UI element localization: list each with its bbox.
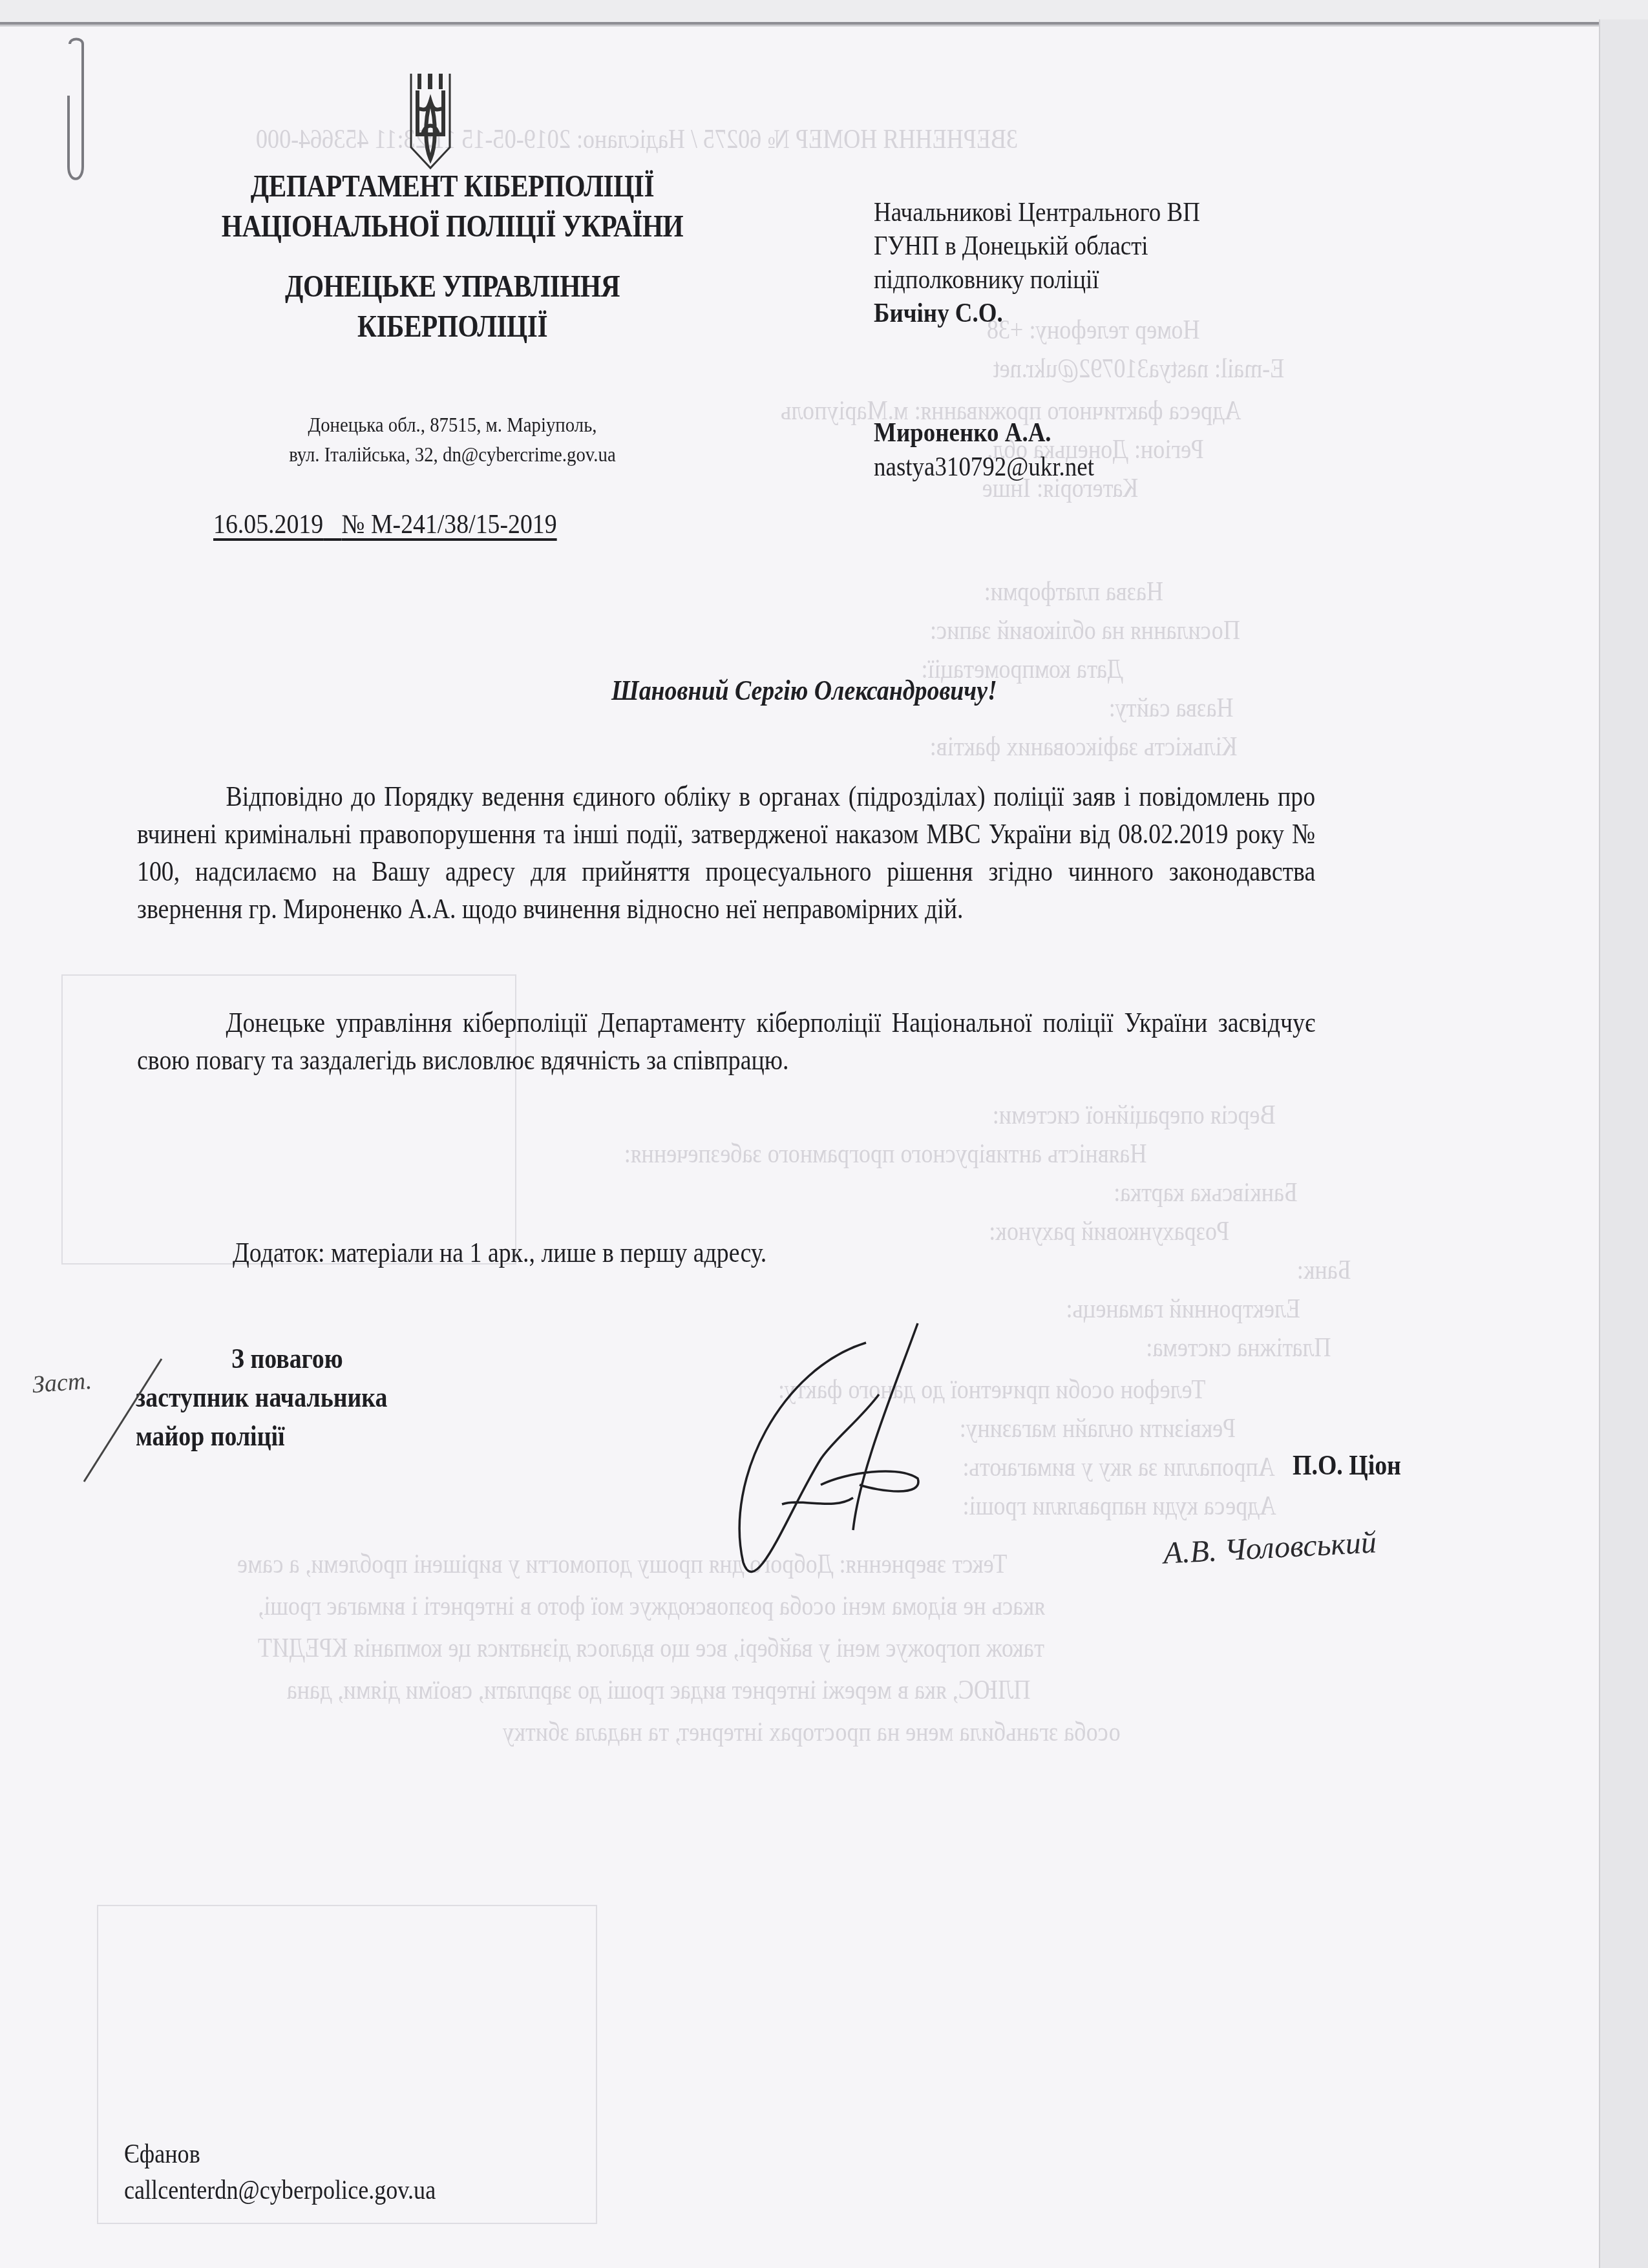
handwritten-signature: А.В. Чоловський (1163, 1524, 1377, 1571)
body-paragraph-1: Відповідно до Порядку ведення єдиного об… (137, 778, 1315, 928)
unit-name-line2: КІБЕРПОЛІЦІЇ (147, 307, 758, 347)
recipient-line1: Начальникові Центрального ВП (874, 196, 1200, 229)
attachment-note: Додаток: матеріали на 1 арк., лише в пер… (233, 1236, 766, 1269)
body-paragraph-2: Донецьке управління кіберполіції Департа… (137, 1004, 1315, 1079)
address-line1: Донецька обл., 87515, м. Маріуполь, (191, 410, 714, 439)
bleed-through-line: Наявність антивірусного програмного забе… (624, 1136, 1147, 1172)
paper-clip-icon (65, 37, 88, 186)
recipient-line2: ГУНП в Донецькій області (874, 230, 1148, 262)
bleed-through-line: E-mail: nastya310792@ukr.net (993, 351, 1285, 387)
executor-email: callcenterdn@cyberpolice.gov.ua (124, 2172, 436, 2209)
bleed-through-line: Розрахунковий рахунок: (989, 1213, 1229, 1250)
address-line2: вул. Італійська, 32, dn@cybercrime.gov.u… (191, 439, 714, 469)
letter-date: 16.05.2019 (213, 510, 323, 540)
handwritten-slash-icon (78, 1356, 181, 1485)
copy-to-name: Мироненко А.А. (874, 417, 1051, 449)
bleed-through-line: також погрожує мені у вайбері, все що вд… (258, 1630, 1044, 1666)
bleed-through-line: Платіжна система: (1146, 1330, 1331, 1366)
bleed-through-line: ПЛЮС, яка в мережі інтернет видає гроші … (287, 1672, 1031, 1708)
bleed-through-line: Посилання на обліковий запис: (930, 613, 1240, 649)
signatory-name: П.О. Ціон (1293, 1446, 1401, 1485)
salutation: Шановний Сергію Олександровичу! (117, 674, 1492, 707)
registration-line: 16.05.2019 № М-241/38/15-2019 (213, 509, 557, 540)
org-name-line1: ДЕПАРТАМЕНТ КІБЕРПОЛІЦІЇ (147, 167, 758, 207)
closing-regards: З повагою (231, 1339, 343, 1378)
bleed-through-line: Банківська картка: (1114, 1175, 1298, 1211)
signature-icon (685, 1317, 1150, 1608)
recipient-name: Бичіну С.О. (874, 297, 1003, 330)
bleed-through-line: особа зганьбила мене на просторах інтерн… (503, 1714, 1121, 1750)
registration-number: № М-241/38/15-2019 (341, 510, 556, 540)
bleed-through-line: Банк: (1297, 1252, 1351, 1288)
paper-edge (1599, 19, 1648, 2268)
bleed-through-line: ЗВЕРНЕННЯ НОМЕР № 60275 / Надіслано: 201… (256, 121, 1018, 158)
executor-info: Єфанов callcenterdn@cyberpolice.gov.ua (124, 2136, 436, 2209)
executor-name: Єфанов (124, 2136, 436, 2172)
copy-to-email: nastya310792@ukr.net (874, 451, 1094, 483)
bleed-through-line: Кількість зафіксованих фактів: (930, 729, 1238, 765)
recipient-line3: підполковнику поліції (874, 264, 1099, 296)
trident-emblem-icon (408, 70, 452, 173)
unit-name-line1: ДОНЕЦЬКЕ УПРАВЛІННЯ (147, 267, 758, 307)
letter-page: ЗВЕРНЕННЯ НОМЕР № 60275 / Надіслано: 201… (0, 22, 1599, 2268)
bleed-through-line: Версія операційної системи: (993, 1097, 1276, 1133)
bleed-through-line: Назва платформи: (984, 574, 1163, 610)
bleed-through-line: Номер телефону: +38 (987, 312, 1200, 348)
org-name-line2: НАЦІОНАЛЬНОЇ ПОЛІЦІЇ УКРАЇНИ (147, 207, 758, 247)
